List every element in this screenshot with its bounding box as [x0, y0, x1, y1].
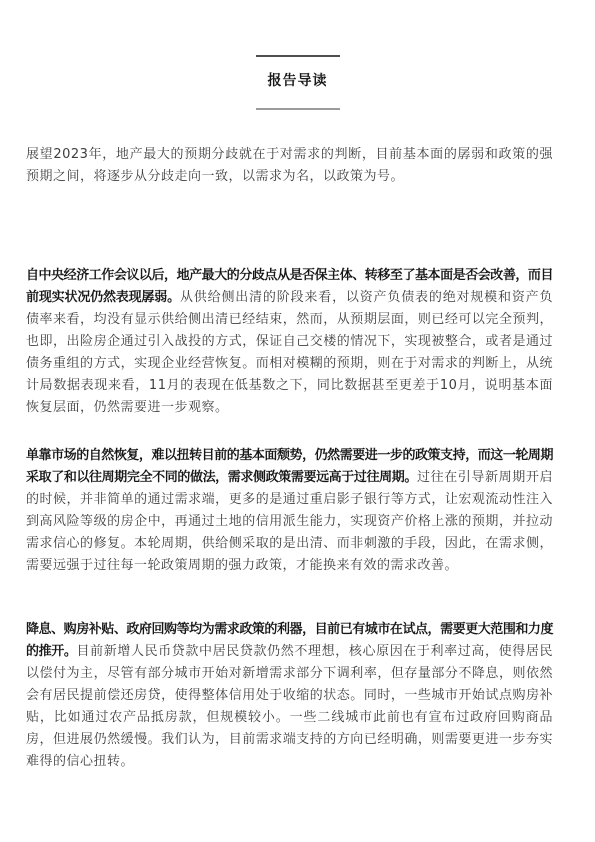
paragraph-supply-clearing: 自中央经济工作会议以后，地产最大的分歧点从是否保主体、转移至了基本面是否会改善，…	[26, 265, 553, 419]
paragraph-outlook-text: 展望2023年，地产最大的预期分歧就在于对需求的判断，目前基本面的孱弱和政策的强…	[26, 147, 553, 184]
paragraph-demand-tools-text: 目前新增人民币贷款中居民贷款仍然不理想，核心原因在于利率过高，使得居民以偿付为主…	[26, 644, 553, 769]
paragraph-policy-support: 单靠市场的自然恢复，难以扭转目前的基本面颓势，仍然需要进一步的政策支持，而这一轮…	[26, 445, 553, 577]
paragraph-supply-clearing-text: 从供给侧出清的阶段来看，以资产负债表的绝对规模和资产负债率来看，均没有显示供给侧…	[26, 290, 553, 415]
page-title: 报告导读	[0, 74, 595, 89]
title-divider-bottom	[256, 108, 340, 110]
paragraph-outlook: 展望2023年，地产最大的预期分歧就在于对需求的判断，目前基本面的孱弱和政策的强…	[26, 144, 553, 188]
paragraph-policy-support-text: 过往在引导新周期开启的时候，并非简单的通过需求端，更多的是通过重启影子银行等方式…	[26, 470, 553, 573]
title-block: 报告导读	[0, 0, 595, 110]
title-divider-top	[256, 55, 340, 57]
report-page: 报告导读 展望2023年，地产最大的预期分歧就在于对需求的判断，目前基本面的孱弱…	[0, 0, 595, 842]
paragraph-demand-tools: 降息、购房补贴、政府回购等均为需求政策的利器，目前已有城市在试点，需要更大范围和…	[26, 619, 553, 773]
